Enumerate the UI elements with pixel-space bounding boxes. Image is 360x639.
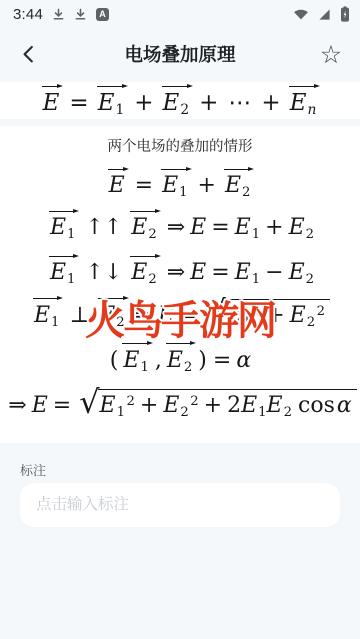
favorite-button[interactable]: ☆	[310, 33, 352, 75]
download-icon	[74, 8, 87, 21]
back-button[interactable]	[8, 33, 50, 75]
status-bar: 3:44 A	[0, 0, 360, 28]
battery-charging-icon	[340, 6, 350, 22]
letter-a-badge-icon: A	[96, 8, 109, 21]
formula-list: E=E1+E2E1↑↑E2⇒E=E1+E2E1↑↓E2⇒E=E1−E2E1⊥E2…	[3, 157, 356, 420]
formula-row: E=E1+E2	[105, 166, 256, 200]
page-title: 电场叠加原理	[124, 41, 235, 67]
phone-screen: 3:44 A	[0, 0, 360, 639]
status-bar-right	[293, 6, 350, 22]
main-formula: E=E1+E2+⋯+En	[39, 83, 322, 118]
letter-a-badge-text: A	[99, 10, 106, 19]
cell-signal-icon	[318, 8, 331, 21]
status-bar-left: 3:44 A	[13, 6, 109, 23]
app-bar: 电场叠加原理 ☆	[0, 28, 360, 80]
formula-row: (E1,E2)=α	[109, 341, 251, 375]
star-icon: ☆	[320, 42, 342, 67]
download-icon	[52, 8, 65, 21]
formula-row: E1↑↑E2⇒E=E1+E2	[46, 208, 314, 242]
formula-row: E1⊥E2⇒E=√E12+E22	[30, 296, 330, 330]
wifi-icon	[293, 8, 309, 20]
annotation-input[interactable]	[20, 483, 340, 527]
formula-card-main: E=E1+E2+⋯+En	[0, 82, 360, 119]
section-heading: 两个电场的叠加的情形	[108, 137, 253, 157]
annotation-label: 标注	[20, 460, 46, 479]
formula-row: E1↑↓E2⇒E=E1−E2	[46, 253, 314, 287]
chevron-left-icon	[17, 42, 41, 66]
formula-card-two-fields: 两个电场的叠加的情形 E=E1+E2E1↑↑E2⇒E=E1+E2E1↑↓E2⇒E…	[0, 126, 360, 443]
formula-row: ⇒E=√E12+E22+2E1E2cosα	[3, 386, 356, 420]
clock: 3:44	[13, 6, 43, 23]
